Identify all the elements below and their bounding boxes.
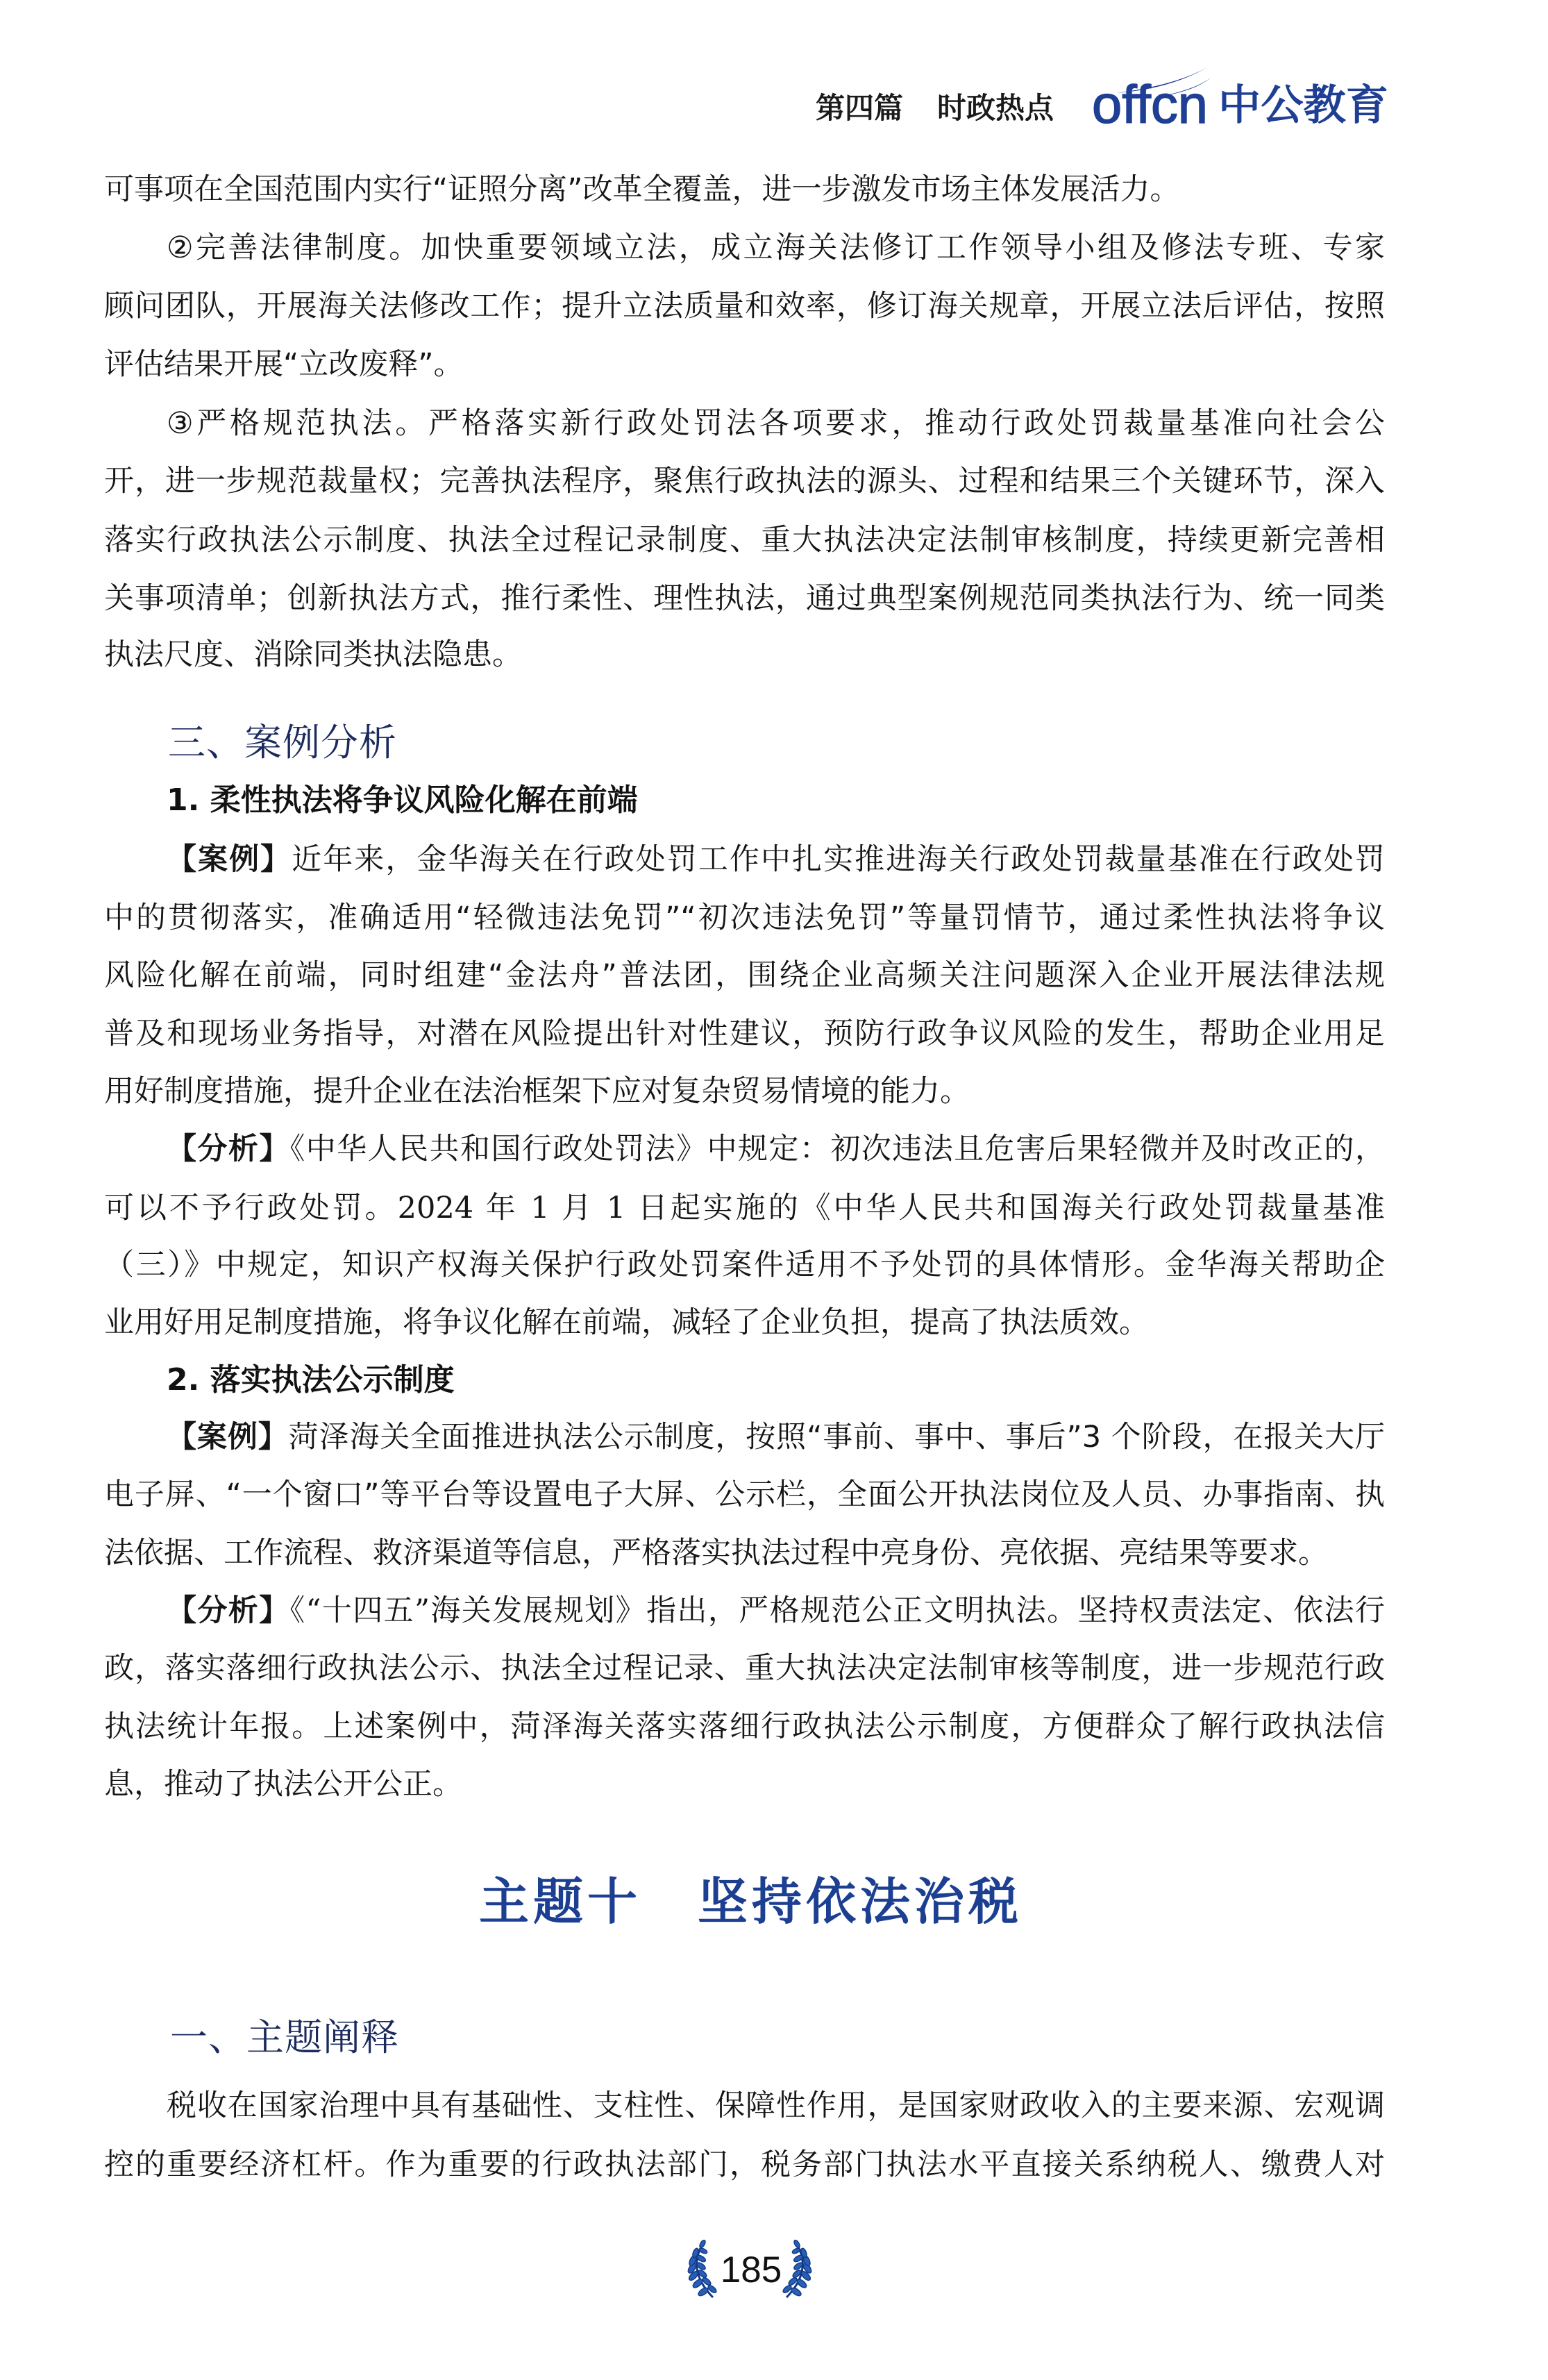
body-line: 中的贯彻落实，准确适用“轻微违法免罚”“初次违法免罚”等量罚情节，通过柔性执法将… [104,897,1385,939]
body-line: 【分析】《中华人民共和国行政处罚法》中规定：初次违法且危害后果轻微并及时改正的， [167,1128,1385,1170]
logo-wordmark: offcn [1092,75,1208,132]
body-text: 《中华人民共和国行政处罚法》中规定：初次违法且危害后果轻微并及时改正的， [290,1132,1385,1166]
body-text: 近年来，金华海关在行政处罚工作中扎实推进海关行政处罚裁量基准在行政处罚 [292,842,1385,877]
body-line: 可以不予行政处罚。2024 年 1 月 1 日起实施的《中华人民共和国海关行政处… [104,1187,1385,1229]
body-line: 政，落实落细行政执法公示、执法全过程记录、重大执法决定法制审核等制度，进一步规范… [104,1648,1385,1689]
case-label: 【案例】 [167,1420,289,1455]
body-line: 税收在国家治理中具有基础性、支柱性、保障性作用，是国家财政收入的主要来源、宏观调 [167,2085,1385,2127]
body-line: 开，进一步规范裁量权；完善执法程序，聚焦行政执法的源头、过程和结果三个关键环节，… [104,460,1385,502]
body-line: ②完善法律制度。加快重要领域立法，成立海关法修订工作领导小组及修法专班、专家 [167,227,1385,269]
body-line: 落实行政执法公示制度、执法全过程记录制度、重大执法决定法制审核制度，持续更新完善… [104,519,1385,561]
logo-chinese-name: 中公教育 [1218,81,1388,130]
case-title: 1. 柔性执法将争议风险化解在前端 [167,780,638,821]
body-line: 关事项清单；创新执法方式，推行柔性、理性执法，通过典型案例规范同类执法行为、统一… [104,578,1385,619]
body-line: 【案例】近年来，金华海关在行政处罚工作中扎实推进海关行政处罚裁量基准在行政处罚 [167,839,1385,880]
body-line: 业用好用足制度措施，将争议化解在前端，减轻了企业负担，提高了执法质效。 [104,1302,1385,1343]
section-label: 时政热点 [937,89,1054,128]
body-line: 可事项在全国范围内实行“证照分离”改革全覆盖，进一步激发市场主体发展活力。 [104,169,1385,210]
case-label: 【案例】 [167,842,292,877]
body-text: 菏泽海关全面推进执法公示制度，按照“事前、事中、事后”3 个阶段，在报关大厅 [289,1420,1385,1455]
body-line: 控的重要经济杠杆。作为重要的行政执法部门，税务部门执法水平直接关系纳税人、缴费人… [104,2144,1385,2186]
offcn-logo: offcn 中公教育 [1083,56,1402,132]
section-heading-topic-explanation: 一、主题阐释 [170,2013,399,2062]
body-line: 评估结果开展“立改废释”。 [104,344,1385,385]
topic-name: 坚持依法治税 [698,1870,1023,1933]
body-line: 【分析】《“十四五”海关发展规划》指出，严格规范公正文明执法。坚持权责法定、依法… [167,1590,1385,1632]
body-line: 执法统计年报。上述案例中，菏泽海关落实落细行政执法公示制度，方便群众了解行政执法… [104,1706,1385,1748]
body-line: 用好制度措施，提升企业在法治框架下应对复杂贸易情境的能力。 [104,1071,1385,1112]
section-heading-case-analysis: 三、案例分析 [168,719,397,767]
analysis-label: 【分析】 [167,1132,290,1166]
case-title: 2. 落实执法公示制度 [167,1359,455,1401]
body-line: 普及和现场业务指导，对潜在风险提出针对性建议，预防行政争议风险的发生，帮助企业用… [104,1013,1385,1055]
laurel-left-icon [687,2239,717,2297]
topic-number: 主题十 [479,1870,641,1933]
analysis-label: 【分析】 [167,1593,290,1628]
page-footer: 185 [684,2239,816,2302]
book-page: 第四篇 时政热点 offcn 中公教育 可事项在全国范围内实行“证照分离”改革全… [0,0,1548,2380]
body-line: 执法尺度、消除同类执法隐患。 [104,634,1385,676]
body-line: ③严格规范执法。严格落实新行政处罚法各项要求，推动行政处罚裁量基准向社会公 [167,403,1385,444]
body-line: 风险化解在前端，同时组建“金法舟”普法团，围绕企业高频关注问题深入企业开展法律法… [104,955,1385,996]
body-line: 【案例】菏泽海关全面推进执法公示制度，按照“事前、事中、事后”3 个阶段，在报关… [167,1416,1385,1458]
body-line: 顾问团队，开展海关法修改工作；提升立法质量和效率，修订海关规章，开展立法后评估，… [104,285,1385,327]
laurel-right-icon [782,2239,812,2297]
body-line: 息，推动了执法公开公正。 [104,1763,1385,1805]
body-line: 法依据、工作流程、救济渠道等信息，严格落实执法过程中亮身份、亮依据、亮结果等要求… [104,1532,1385,1574]
page-number: 185 [721,2249,782,2290]
body-line: （三）》中规定，知识产权海关保护行政处罚案件适用不予处罚的具体情形。金华海关帮助… [104,1244,1385,1286]
body-line: 电子屏、“一个窗口”等平台等设置电子大屏、公示栏，全面公开执法岗位及人员、办事指… [104,1474,1385,1516]
part-label: 第四篇 [816,89,903,128]
body-text: 《“十四五”海关发展规划》指出，严格规范公正文明执法。坚持权责法定、依法行 [290,1593,1385,1628]
